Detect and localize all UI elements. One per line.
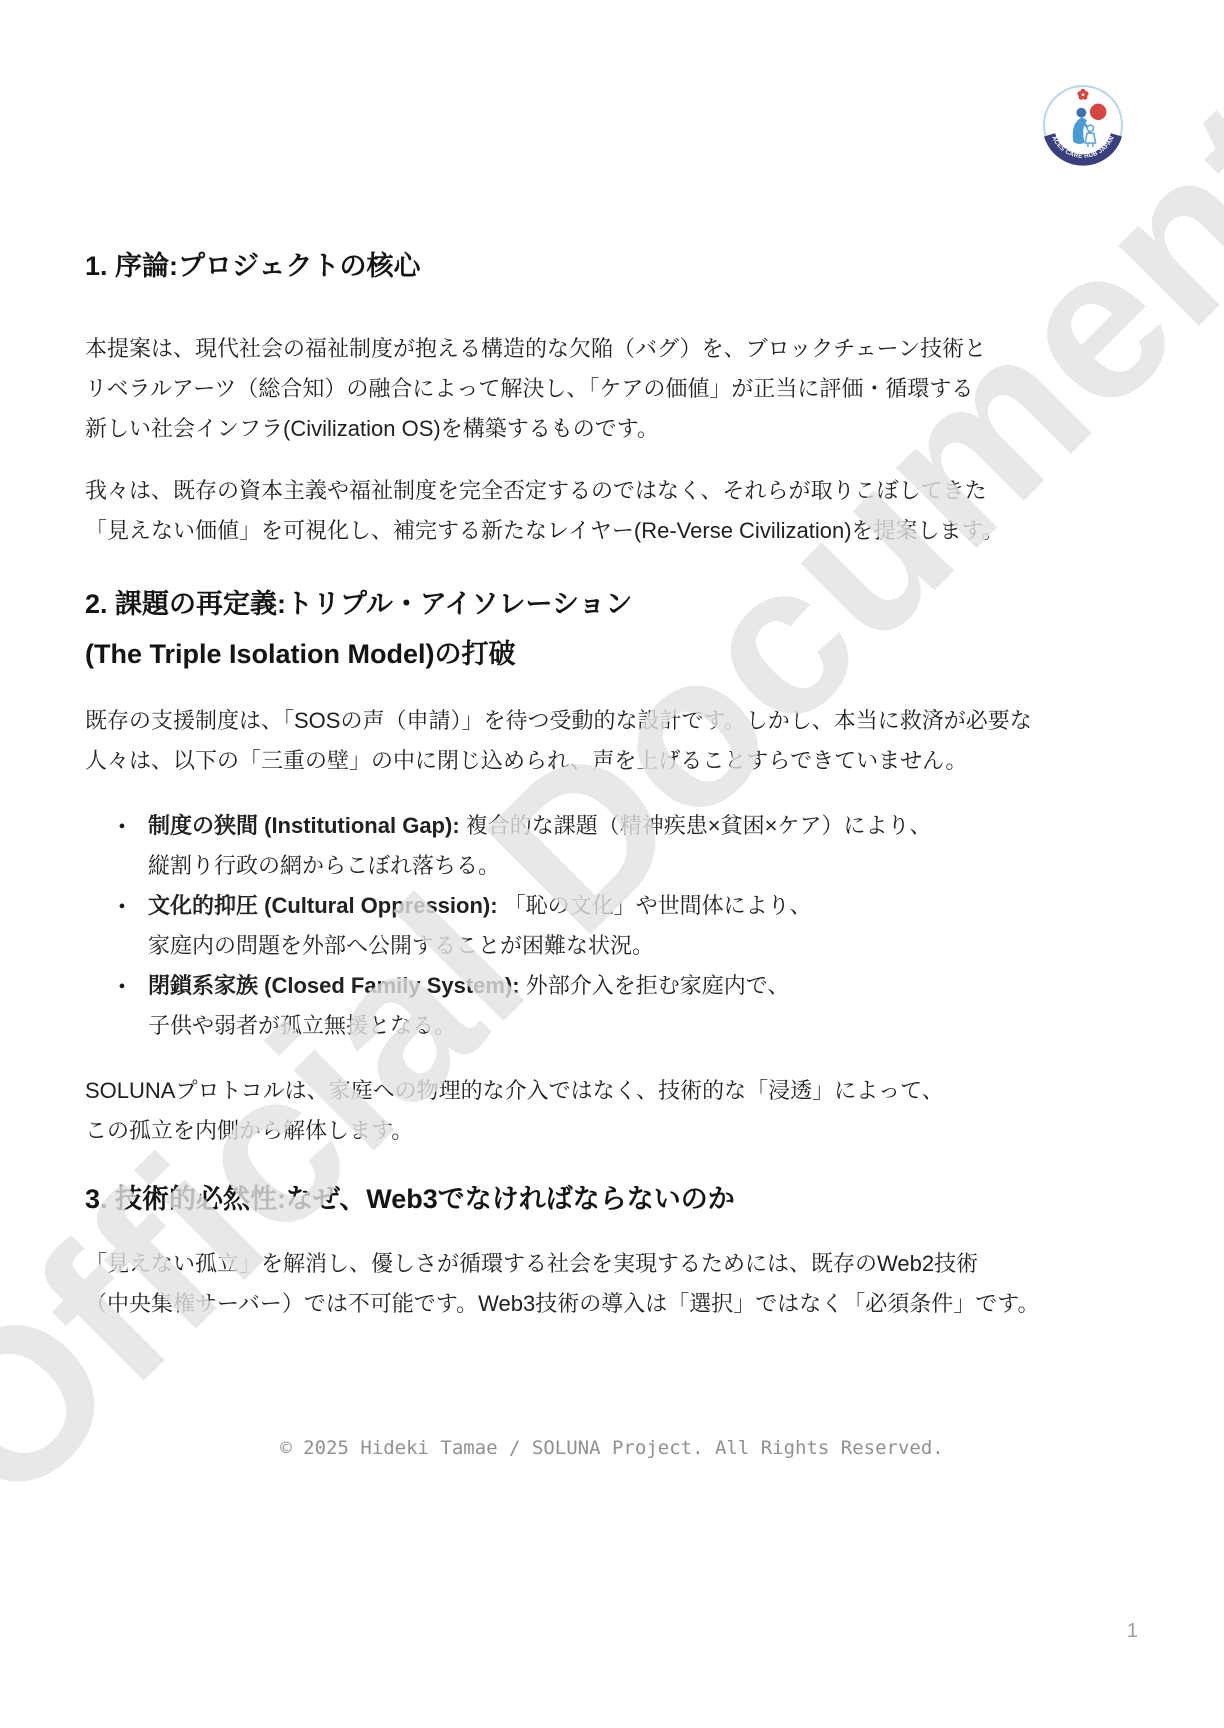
text-line: （中央集権サーバー）では不可能です。Web3技術の導入は「選択」ではなく「必須条… bbox=[85, 1284, 1105, 1324]
text-line: この孤立を内側から解体します。 bbox=[85, 1111, 1105, 1151]
text-line: 「見えない孤立」を解消し、優しさが循環する社会を実現するためには、既存のWeb2… bbox=[85, 1244, 1105, 1284]
text-line: 閉鎖系家族 (Closed Family System): 外部介入を拒む家庭内… bbox=[148, 966, 1105, 1006]
text-line: 我々は、既存の資本主義や福祉制度を完全否定するのではなく、それらが取りこぼしてき… bbox=[85, 471, 1105, 511]
section-heading-1: 1. 序論:プロジェクトの核心 bbox=[85, 241, 1105, 291]
bullet-rest: 複合的な課題（精神疾患×貧困×ケア）により、 bbox=[460, 813, 932, 838]
bullet-term: 制度の狭間 (Institutional Gap): bbox=[148, 813, 460, 838]
bullet-term: 文化的抑圧 (Cultural Oppression): bbox=[148, 893, 498, 918]
list-item: ● 閉鎖系家族 (Closed Family System): 外部介入を拒む家… bbox=[85, 966, 1105, 1046]
text-line: リベラルアーツ（総合知）の融合によって解決し、「ケアの価値」が正当に評価・循環す… bbox=[85, 369, 1105, 409]
bullet-rest: 「恥の文化」や世間体により、 bbox=[498, 893, 812, 918]
intro-paragraph: 本提案は、現代社会の福祉制度が抱える構造的な欠陥（バグ）を、ブロックチェーン技術… bbox=[85, 329, 1105, 449]
text-line: 「見えない価値」を可視化し、補完する新たなレイヤー(Re-Verse Civil… bbox=[85, 511, 1105, 551]
list-item: ● 制度の狭間 (Institutional Gap): 複合的な課題（精神疾患… bbox=[85, 806, 1105, 886]
text-line: 制度の狭間 (Institutional Gap): 複合的な課題（精神疾患×貧… bbox=[148, 806, 1105, 846]
copyright-footer: © 2025 Hideki Tamae / SOLUNA Project. Al… bbox=[0, 1437, 1224, 1459]
soluna-paragraph: SOLUNAプロトコルは、家庭への物理的な介入ではなく、技術的な「浸透」によって… bbox=[85, 1071, 1105, 1151]
bullet-icon: ● bbox=[115, 886, 129, 926]
sun-icon bbox=[1090, 104, 1106, 120]
web3-paragraph: 「見えない孤立」を解消し、優しさが循環する社会を実現するためには、既存のWeb2… bbox=[85, 1244, 1105, 1324]
text-line: 縦割り行政の網からこぼれ落ちる。 bbox=[148, 846, 1105, 886]
list-item: ● 文化的抑圧 (Cultural Oppression): 「恥の文化」や世間… bbox=[85, 886, 1105, 966]
text-line: 新しい社会インフラ(Civilization OS)を構築するものです。 bbox=[85, 409, 1105, 449]
page-number: 1 bbox=[1127, 1620, 1138, 1643]
text-line: 人々は、以下の「三重の壁」の中に閉じ込められ、声を上げることすらできていません。 bbox=[85, 741, 1105, 781]
text-line: 家庭内の問題を外部へ公開することが困難な状況。 bbox=[148, 926, 1105, 966]
document-content: 1. 序論:プロジェクトの核心 本提案は、現代社会の福祉制度が抱える構造的な欠陥… bbox=[85, 0, 1105, 1324]
heading-line: (The Triple Isolation Model)の打破 bbox=[85, 629, 1105, 679]
problem-paragraph: 既存の支援制度は、「SOSの声（申請）」を待つ受動的な設計です。しかし、本当に救… bbox=[85, 701, 1105, 781]
isolation-bullet-list: ● 制度の狭間 (Institutional Gap): 複合的な課題（精神疾患… bbox=[85, 806, 1105, 1046]
text-line: 既存の支援制度は、「SOSの声（申請）」を待つ受動的な設計です。しかし、本当に救… bbox=[85, 701, 1105, 741]
intro-paragraph-2: 我々は、既存の資本主義や福祉制度を完全否定するのではなく、それらが取りこぼしてき… bbox=[85, 471, 1105, 551]
bullet-icon: ● bbox=[115, 966, 129, 1006]
section-heading-2: 2. 課題の再定義:トリプル・アイソレーション (The Triple Isol… bbox=[85, 579, 1105, 679]
bullet-rest: 外部介入を拒む家庭内で、 bbox=[520, 973, 790, 998]
text-line: 本提案は、現代社会の福祉制度が抱える構造的な欠陥（バグ）を、ブロックチェーン技術… bbox=[85, 329, 1105, 369]
org-logo: ACES CARE HUB JAPAN bbox=[1042, 84, 1124, 166]
section-heading-3: 3. 技術的必然性:なぜ、Web3でなければならないのか bbox=[85, 1174, 1105, 1224]
text-line: SOLUNAプロトコルは、家庭への物理的な介入ではなく、技術的な「浸透」によって… bbox=[85, 1071, 1105, 1111]
text-line: 文化的抑圧 (Cultural Oppression): 「恥の文化」や世間体に… bbox=[148, 886, 1105, 926]
document-page: ACES CARE HUB JAPAN Official Document 1.… bbox=[0, 0, 1224, 1728]
bullet-term: 閉鎖系家族 (Closed Family System): bbox=[148, 973, 520, 998]
text-line: 子供や弱者が孤立無援となる。 bbox=[148, 1006, 1105, 1046]
bullet-icon: ● bbox=[115, 806, 129, 846]
heading-line: 2. 課題の再定義:トリプル・アイソレーション bbox=[85, 579, 1105, 629]
